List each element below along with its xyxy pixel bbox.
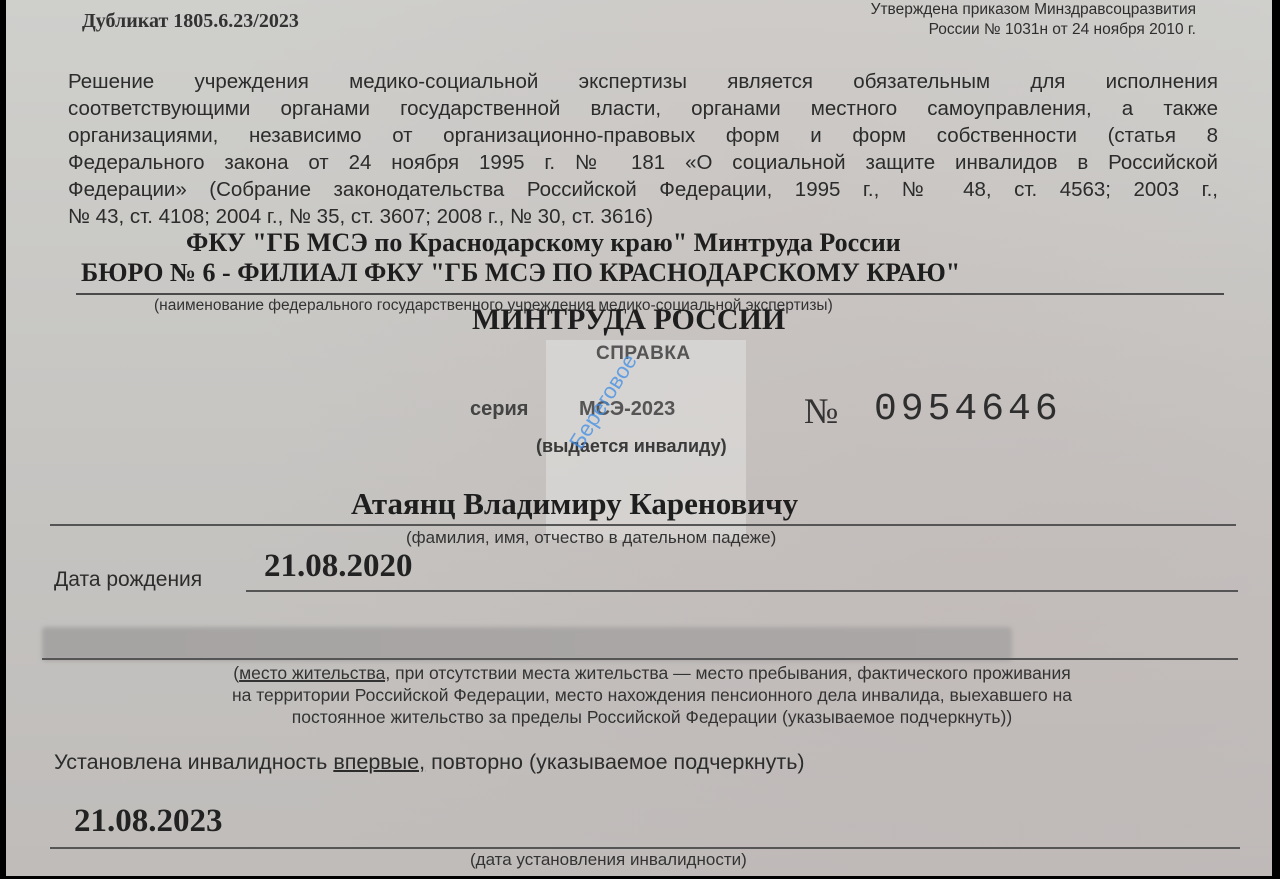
person-name: Атаянц Владимиру Кареновичу <box>351 486 798 522</box>
residence-option-underlined: место жительства, <box>239 663 390 683</box>
certificate-title: СПРАВКА <box>596 343 691 365</box>
residence-redacted <box>42 627 1012 661</box>
approval-note: Утверждена приказом Минздравсоцразвития … <box>871 0 1196 40</box>
organization-underline <box>76 293 1224 295</box>
approval-line-1: Утверждена приказом Минздравсоцразвития <box>871 0 1196 20</box>
residence-underline <box>42 658 1238 660</box>
approval-line-2: России № 1031н от 24 ноября 2010 г. <box>871 20 1196 40</box>
disability-prefix: Установлена инвалидность <box>54 750 333 774</box>
legal-line: № 43, ст. 4108; 2004 г., № 35, ст. 3607;… <box>68 203 1218 230</box>
name-underline <box>50 524 1236 526</box>
disability-date-underline <box>50 847 1240 849</box>
organization-line-1: ФКУ "ГБ МСЭ по Краснодарскому краю" Минт… <box>186 228 901 258</box>
disability-suffix: повторно (указываемое подчеркнуть) <box>425 750 804 774</box>
disability-date: 21.08.2023 <box>74 803 223 840</box>
disability-status: Установлена инвалидность впервые, повтор… <box>54 750 805 775</box>
legal-line: Решение учреждения медико-социальной экс… <box>68 68 1218 95</box>
residence-caption-line-3: постоянное жительство за пределы Российс… <box>292 707 1012 727</box>
residence-caption-rest: при отсутствии места жительства — место … <box>390 663 1070 683</box>
disability-option-first: впервые, <box>333 750 425 774</box>
legal-paragraph: Решение учреждения медико-социальной экс… <box>68 68 1218 230</box>
ministry-stamp: МИНТРУДА РОССИИ <box>472 303 785 337</box>
number-sign: № <box>804 390 838 432</box>
legal-line: организациями, независимо от организацио… <box>68 122 1218 149</box>
residence-caption-line-2: на территории Российской Федерации, мест… <box>232 685 1072 705</box>
disability-date-caption: (дата установления инвалидности) <box>470 850 747 870</box>
name-caption: (фамилия, имя, отчество в дательном паде… <box>406 528 776 548</box>
dob-underline <box>246 590 1238 592</box>
certificate-document: Дубликат 1805.6.23/2023 Утверждена прика… <box>6 0 1272 876</box>
residence-caption: (место жительства, при отсутствии места … <box>102 662 1202 728</box>
series-label: серия <box>470 398 528 421</box>
legal-line: Федерального закона от 24 ноября 1995 г.… <box>68 149 1218 176</box>
duplicate-stamp: Дубликат 1805.6.23/2023 <box>82 10 299 33</box>
dob-value: 21.08.2020 <box>264 548 413 585</box>
legal-line: соответствующими органами государственно… <box>68 95 1218 122</box>
organization-line-2: БЮРО № 6 - ФИЛИАЛ ФКУ "ГБ МСЭ ПО КРАСНОД… <box>81 258 960 288</box>
certificate-number: 0954646 <box>874 388 1062 431</box>
legal-line: Федерации» (Собрание законодательства Ро… <box>68 176 1218 203</box>
dob-label: Дата рождения <box>54 568 202 592</box>
